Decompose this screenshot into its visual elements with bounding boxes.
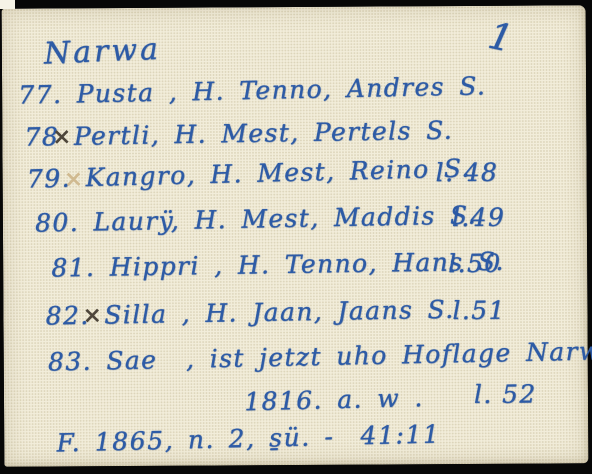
sheet-ref-50: l.50 [448,249,502,278]
entry-text: Kangro, H. Mest, Reino S. [85,153,471,192]
entry-row-80: 80. Laurÿ, H. Mest, Maddis S. [35,200,477,237]
page-number: 1 [484,14,516,61]
pencil-x-mark: × [82,303,103,329]
archive-reference: F. 1865, n. 2, s̱ü. -41:11 [56,419,441,457]
entry-text: Sae , ist jetzt uho Hoflage Narwa [92,336,592,376]
entry-row-79: 79.×Kangro, H. Mest, Reino S. [27,153,472,193]
index-card: 1 Narwa 77. Pusta , H. Tenno, Andres S. … [2,5,589,467]
sheet-ref-51: l.51 [452,296,506,325]
pencil-x-mark: × [64,166,85,193]
entry-row-83: 83. Sae , ist jetzt uho Hoflage Narwa [48,336,592,376]
entry-text: Pertli, H. Mest, Pertels S. [74,116,454,151]
card-title: Narwa [43,32,161,72]
entry-number: 80. [35,208,79,238]
pencil-x-mark: × [52,124,73,150]
scan-corner-notch [0,0,15,9]
entry-text: 1816. a. w . [244,383,424,416]
entry-83-continuation: 1816. a. w . [244,383,424,416]
entry-text: Pusta , H. Tenno, Andres S. [62,71,486,109]
sheet-ref-48: l. 48 [436,158,499,187]
entry-text: Laurÿ, H. Mest, Maddis S. [79,200,477,236]
photo-frame: 1 Narwa 77. Pusta , H. Tenno, Andres S. … [0,0,592,474]
entry-row-82: 82.×Silla , H. Jaan, Jaans S. [45,295,454,331]
sheet-ref-49: l.49 [452,203,506,232]
entry-number: 77. [18,80,63,110]
sheet-ref-52: l. 52 [474,380,537,409]
item-number: 41:11 [360,419,441,450]
entry-row-78: 78×Pertli, H. Mest, Pertels S. [24,116,453,152]
entry-text: Hippri , H. Tenno, Hans S. [95,247,505,282]
entry-text: Silla , H. Jaan, Jaans S. [104,295,455,330]
entry-row-77: 77. Pusta , H. Tenno, Andres S. [18,71,486,109]
entry-number: 81. [51,253,95,283]
entry-number: 83. [48,347,93,377]
fond-reference: F. 1865, n. 2, s̱ü. - [56,422,335,458]
entry-row-81: 81. Hippri , H. Tenno, Hans S. [51,247,505,283]
